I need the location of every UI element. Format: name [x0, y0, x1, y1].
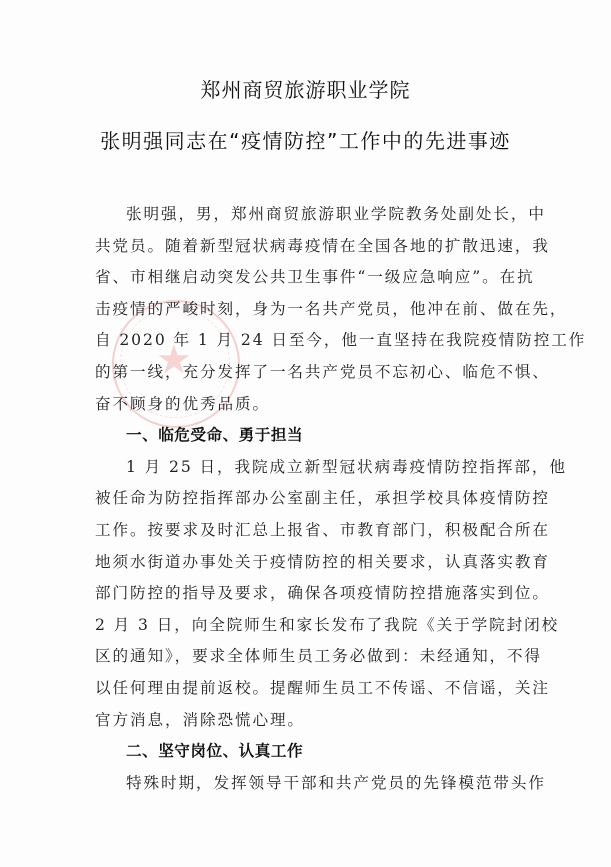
text-line: 击疫情的严峻时刻，身为一名共产党员，他冲在前、做在先， — [95, 294, 523, 326]
section-heading-1: 一、临危受命、勇于担当 — [95, 420, 523, 452]
text-line: 自 2020 年 1 月 24 日至今，他一直坚持在我院疫情防控工作 — [95, 325, 523, 357]
text-line: 特殊时期，发挥领导干部和共产党员的先锋模范带头作 — [95, 768, 523, 800]
text-line: 工作。按要求及时汇总上报省、市教育部门，积极配合所在 — [95, 515, 523, 547]
text-line: 张明强，男，郑州商贸旅游职业学院教务处副处长，中 — [95, 199, 523, 231]
text-line: 省、市相继启动突发公共卫生事件“一级应急响应”。在抗 — [95, 262, 523, 294]
text-line: 地须水街道办事处关于疫情防控的相关要求，认真落实教育 — [95, 547, 523, 579]
text-line: 2 月 3 日，向全院师生和家长发布了我院《关于学院封闭校 — [95, 610, 523, 642]
text-line: 区的通知》，要求全体师生员工务必做到：未经通知，不得 — [95, 641, 523, 673]
text-line: 部门防控的指导及要求，确保各项疫情防控措施落实到位。 — [95, 578, 523, 610]
document-body: 张明强，男，郑州商贸旅游职业学院教务处副处长，中 共党员。随着新型冠状病毒疫情在… — [95, 199, 523, 799]
text-line: 奋不顾身的优秀品质。 — [95, 389, 523, 421]
text-line: 官方消息，消除恐慌心理。 — [95, 705, 523, 737]
document-page: ★ 郑州商贸旅游职业学院 张明强同志在“疫情防控”工作中的先进事迹 张明强，男，… — [0, 0, 611, 867]
section-1-paragraph: 1 月 25 日，我院成立新型冠状病毒疫情防控指挥部，他 被任命为防控指挥部办公… — [95, 452, 523, 736]
intro-paragraph: 张明强，男，郑州商贸旅游职业学院教务处副处长，中 共党员。随着新型冠状病毒疫情在… — [95, 199, 523, 420]
text-line: 的第一线，充分发挥了一名共产党员不忘初心、临危不惧、 — [95, 357, 523, 389]
section-2-paragraph: 特殊时期，发挥领导干部和共产党员的先锋模范带头作 — [95, 768, 523, 800]
text-line: 共党员。随着新型冠状病毒疫情在全国各地的扩散迅速，我 — [95, 231, 523, 263]
text-line: 以任何理由提前返校。提醒师生员工不传谣、不信谣，关注 — [95, 673, 523, 705]
institution-title: 郑州商贸旅游职业学院 — [0, 74, 611, 103]
text-line: 被任命为防控指挥部办公室副主任，承担学校具体疫情防控 — [95, 483, 523, 515]
text-line: 1 月 25 日，我院成立新型冠状病毒疫情防控指挥部，他 — [95, 452, 523, 484]
section-heading-2: 二、坚守岗位、认真工作 — [95, 736, 523, 768]
document-title: 张明强同志在“疫情防控”工作中的先进事迹 — [0, 125, 611, 154]
